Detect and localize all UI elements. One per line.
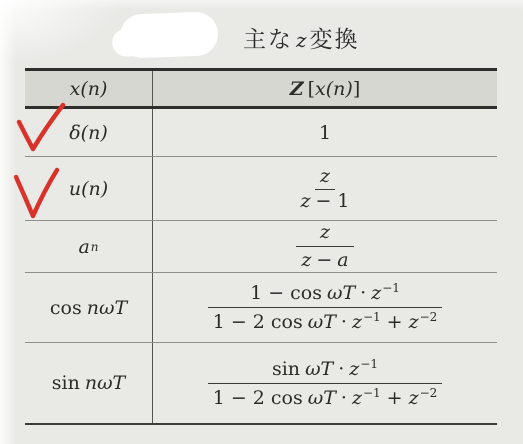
signal-label: nωT	[85, 372, 125, 394]
num-term: ·	[360, 282, 366, 304]
denominator: z−a	[296, 247, 353, 272]
table-header-row: x(n) Z[x(n)]	[25, 71, 497, 109]
den-term: 1 − 2 cos	[213, 311, 303, 333]
num-term: ωT	[327, 282, 355, 304]
denominator: z− 1	[295, 188, 354, 213]
signal-label: u(n)	[69, 178, 108, 200]
signal-exponent: n	[91, 240, 99, 254]
den-term: 1 − 2 cos	[213, 387, 303, 409]
den-term: ·	[341, 311, 347, 333]
table-row-exponential: an z z−a	[25, 220, 497, 272]
z-cell: z z− 1	[153, 157, 497, 220]
numerator: z	[296, 221, 353, 247]
header-xn-label: x(n)	[70, 78, 108, 100]
z-cell: z z−a	[153, 221, 497, 272]
den-exponent: −1	[363, 386, 381, 400]
x-cell: δ(n)	[25, 109, 153, 156]
whiteout-mark	[119, 11, 218, 58]
function-name: sin	[52, 372, 80, 394]
den-term: z	[301, 249, 311, 271]
z-cell: 1 − cosωT·z−1 1 − 2 cosωT·z−1+z−2	[153, 273, 497, 342]
denominator: 1 − 2 cosωT·z−1+z−2	[208, 384, 443, 410]
num-term: z	[349, 358, 359, 380]
bracket-open: [	[308, 78, 315, 100]
signal-label: nωT	[87, 297, 127, 319]
num-term: z	[320, 221, 330, 243]
x-cell: u(n)	[25, 157, 153, 220]
numerator: z	[315, 165, 335, 190]
den-term: a	[337, 249, 348, 271]
signal-label: a	[78, 236, 89, 258]
num-term: sin	[272, 358, 300, 380]
num-exponent: −1	[382, 281, 400, 295]
table-row-delta: δ(n) 1	[25, 109, 497, 156]
table-row-sine: sinnωT sinωT·z−1 1 − 2 cosωT·z−1+z−2	[25, 342, 497, 423]
num-term: z	[371, 282, 381, 304]
den-term: ωT	[308, 387, 336, 409]
den-term: z	[409, 311, 419, 333]
den-term: z	[300, 190, 310, 212]
z-cell: sinωT·z−1 1 − 2 cosωT·z−1+z−2	[153, 343, 497, 423]
z-transform-table: x(n) Z[x(n)] δ(n) 1 u(n) z z− 1	[25, 68, 497, 425]
bracket-close: ]	[353, 78, 360, 100]
table-row-unit-step: u(n) z z− 1	[25, 156, 497, 220]
fraction: 1 − cosωT·z−1 1 − 2 cosωT·z−1+z−2	[208, 281, 443, 334]
fraction: sinωT·z−1 1 − 2 cosωT·z−1+z−2	[208, 357, 443, 410]
den-term: −	[316, 249, 332, 271]
den-term: +	[387, 387, 403, 409]
header-cell-xn: x(n)	[25, 71, 153, 106]
fraction: z z− 1	[295, 165, 354, 213]
denominator: 1 − 2 cosωT·z−1+z−2	[208, 308, 443, 334]
den-term: +	[387, 311, 403, 333]
transform-value: 1	[319, 122, 331, 144]
title-text-before: 主な	[243, 26, 293, 52]
den-term: z	[352, 311, 362, 333]
header-cell-ztransform: Z[x(n)]	[153, 71, 497, 106]
title-text-after: 変換	[310, 26, 360, 52]
den-exponent: −1	[363, 310, 381, 324]
num-term: z	[320, 165, 330, 187]
num-exponent: −1	[360, 357, 378, 371]
x-cell: sinnωT	[25, 343, 153, 423]
den-term: ωT	[308, 311, 336, 333]
z-cell: 1	[153, 109, 497, 156]
signal-label: δ(n)	[69, 122, 108, 144]
num-term: 1 − cos	[250, 282, 322, 304]
page-title: 主なz変換	[243, 21, 360, 54]
script-z-symbol: Z	[290, 78, 308, 100]
scanned-textbook-page: 主なz変換 x(n) Z[x(n)] δ(n) 1 u(n)	[0, 0, 523, 444]
num-term: ωT	[305, 358, 333, 380]
fraction: z z−a	[296, 221, 353, 272]
num-term: ·	[338, 358, 344, 380]
den-term: z	[352, 387, 362, 409]
x-cell: an	[25, 221, 153, 272]
den-term: − 1	[315, 190, 349, 212]
header-arg: x(n)	[315, 78, 353, 100]
den-exponent: −2	[420, 386, 438, 400]
title-z-variable: z	[293, 28, 310, 52]
numerator: sinωT·z−1	[208, 357, 443, 384]
table-row-cosine: cosnωT 1 − cosωT·z−1 1 − 2 cosωT·z−1+z−2	[25, 272, 497, 342]
den-term: ·	[341, 387, 347, 409]
x-cell: cosnωT	[25, 273, 153, 342]
numerator: 1 − cosωT·z−1	[208, 281, 443, 308]
den-term: z	[409, 387, 419, 409]
den-exponent: −2	[420, 310, 438, 324]
function-name: cos	[50, 297, 82, 319]
